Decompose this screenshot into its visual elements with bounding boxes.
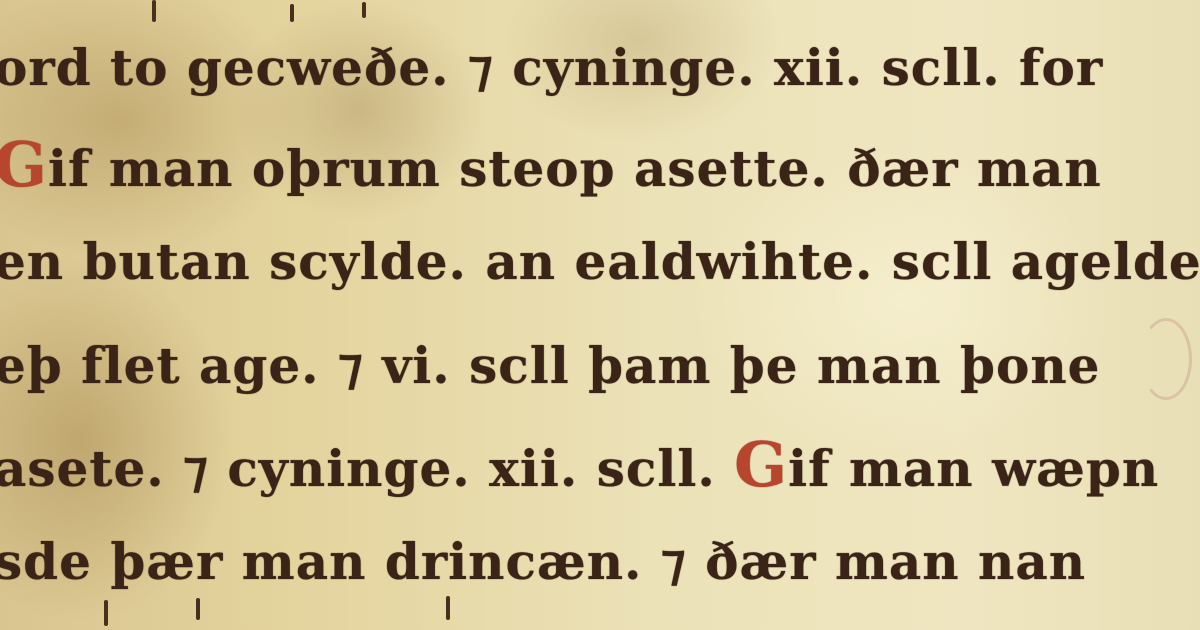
ink-stroke [104,600,108,626]
manuscript-line-1: ord to gecweðe. ⁊ cyninge. xii. scll. fo… [0,38,1103,97]
manuscript-page: ord to gecweðe. ⁊ cyninge. xii. scll. fo… [0,0,1200,630]
ink-stroke [446,596,450,620]
line-prefix: asete. ⁊ cyninge. xii. scll. [0,439,734,498]
line-text: if man wæpn [788,439,1159,498]
ink-stroke [152,0,156,22]
ink-stroke [290,4,294,22]
red-initial: G [734,428,788,501]
manuscript-line-5: asete. ⁊ cyninge. xii. scll. Gif man wæp… [0,428,1159,501]
manuscript-line-4: eþ flet age. ⁊ vi. scll þam þe man þone [0,336,1100,395]
line-text: eþ flet age. ⁊ vi. scll þam þe man þone [0,336,1100,395]
manuscript-line-2: Gif man oþrum steop asette. ðær man [0,128,1102,201]
ink-stroke [362,2,366,18]
show-through-initial [1140,318,1192,400]
line-text: en butan scylde. an ealdwihte. scll agel… [0,232,1200,291]
ink-stroke [196,598,200,620]
line-text: ord to gecweðe. ⁊ cyninge. xii. scll. fo… [0,38,1103,97]
manuscript-line-6: sde þær man drincæn. ⁊ ðær man nan [0,532,1086,591]
red-initial: G [0,128,48,201]
line-text: sde þær man drincæn. ⁊ ðær man nan [0,532,1086,591]
manuscript-line-3: en butan scylde. an ealdwihte. scll agel… [0,232,1200,291]
line-text: if man oþrum steop asette. ðær man [48,139,1102,198]
